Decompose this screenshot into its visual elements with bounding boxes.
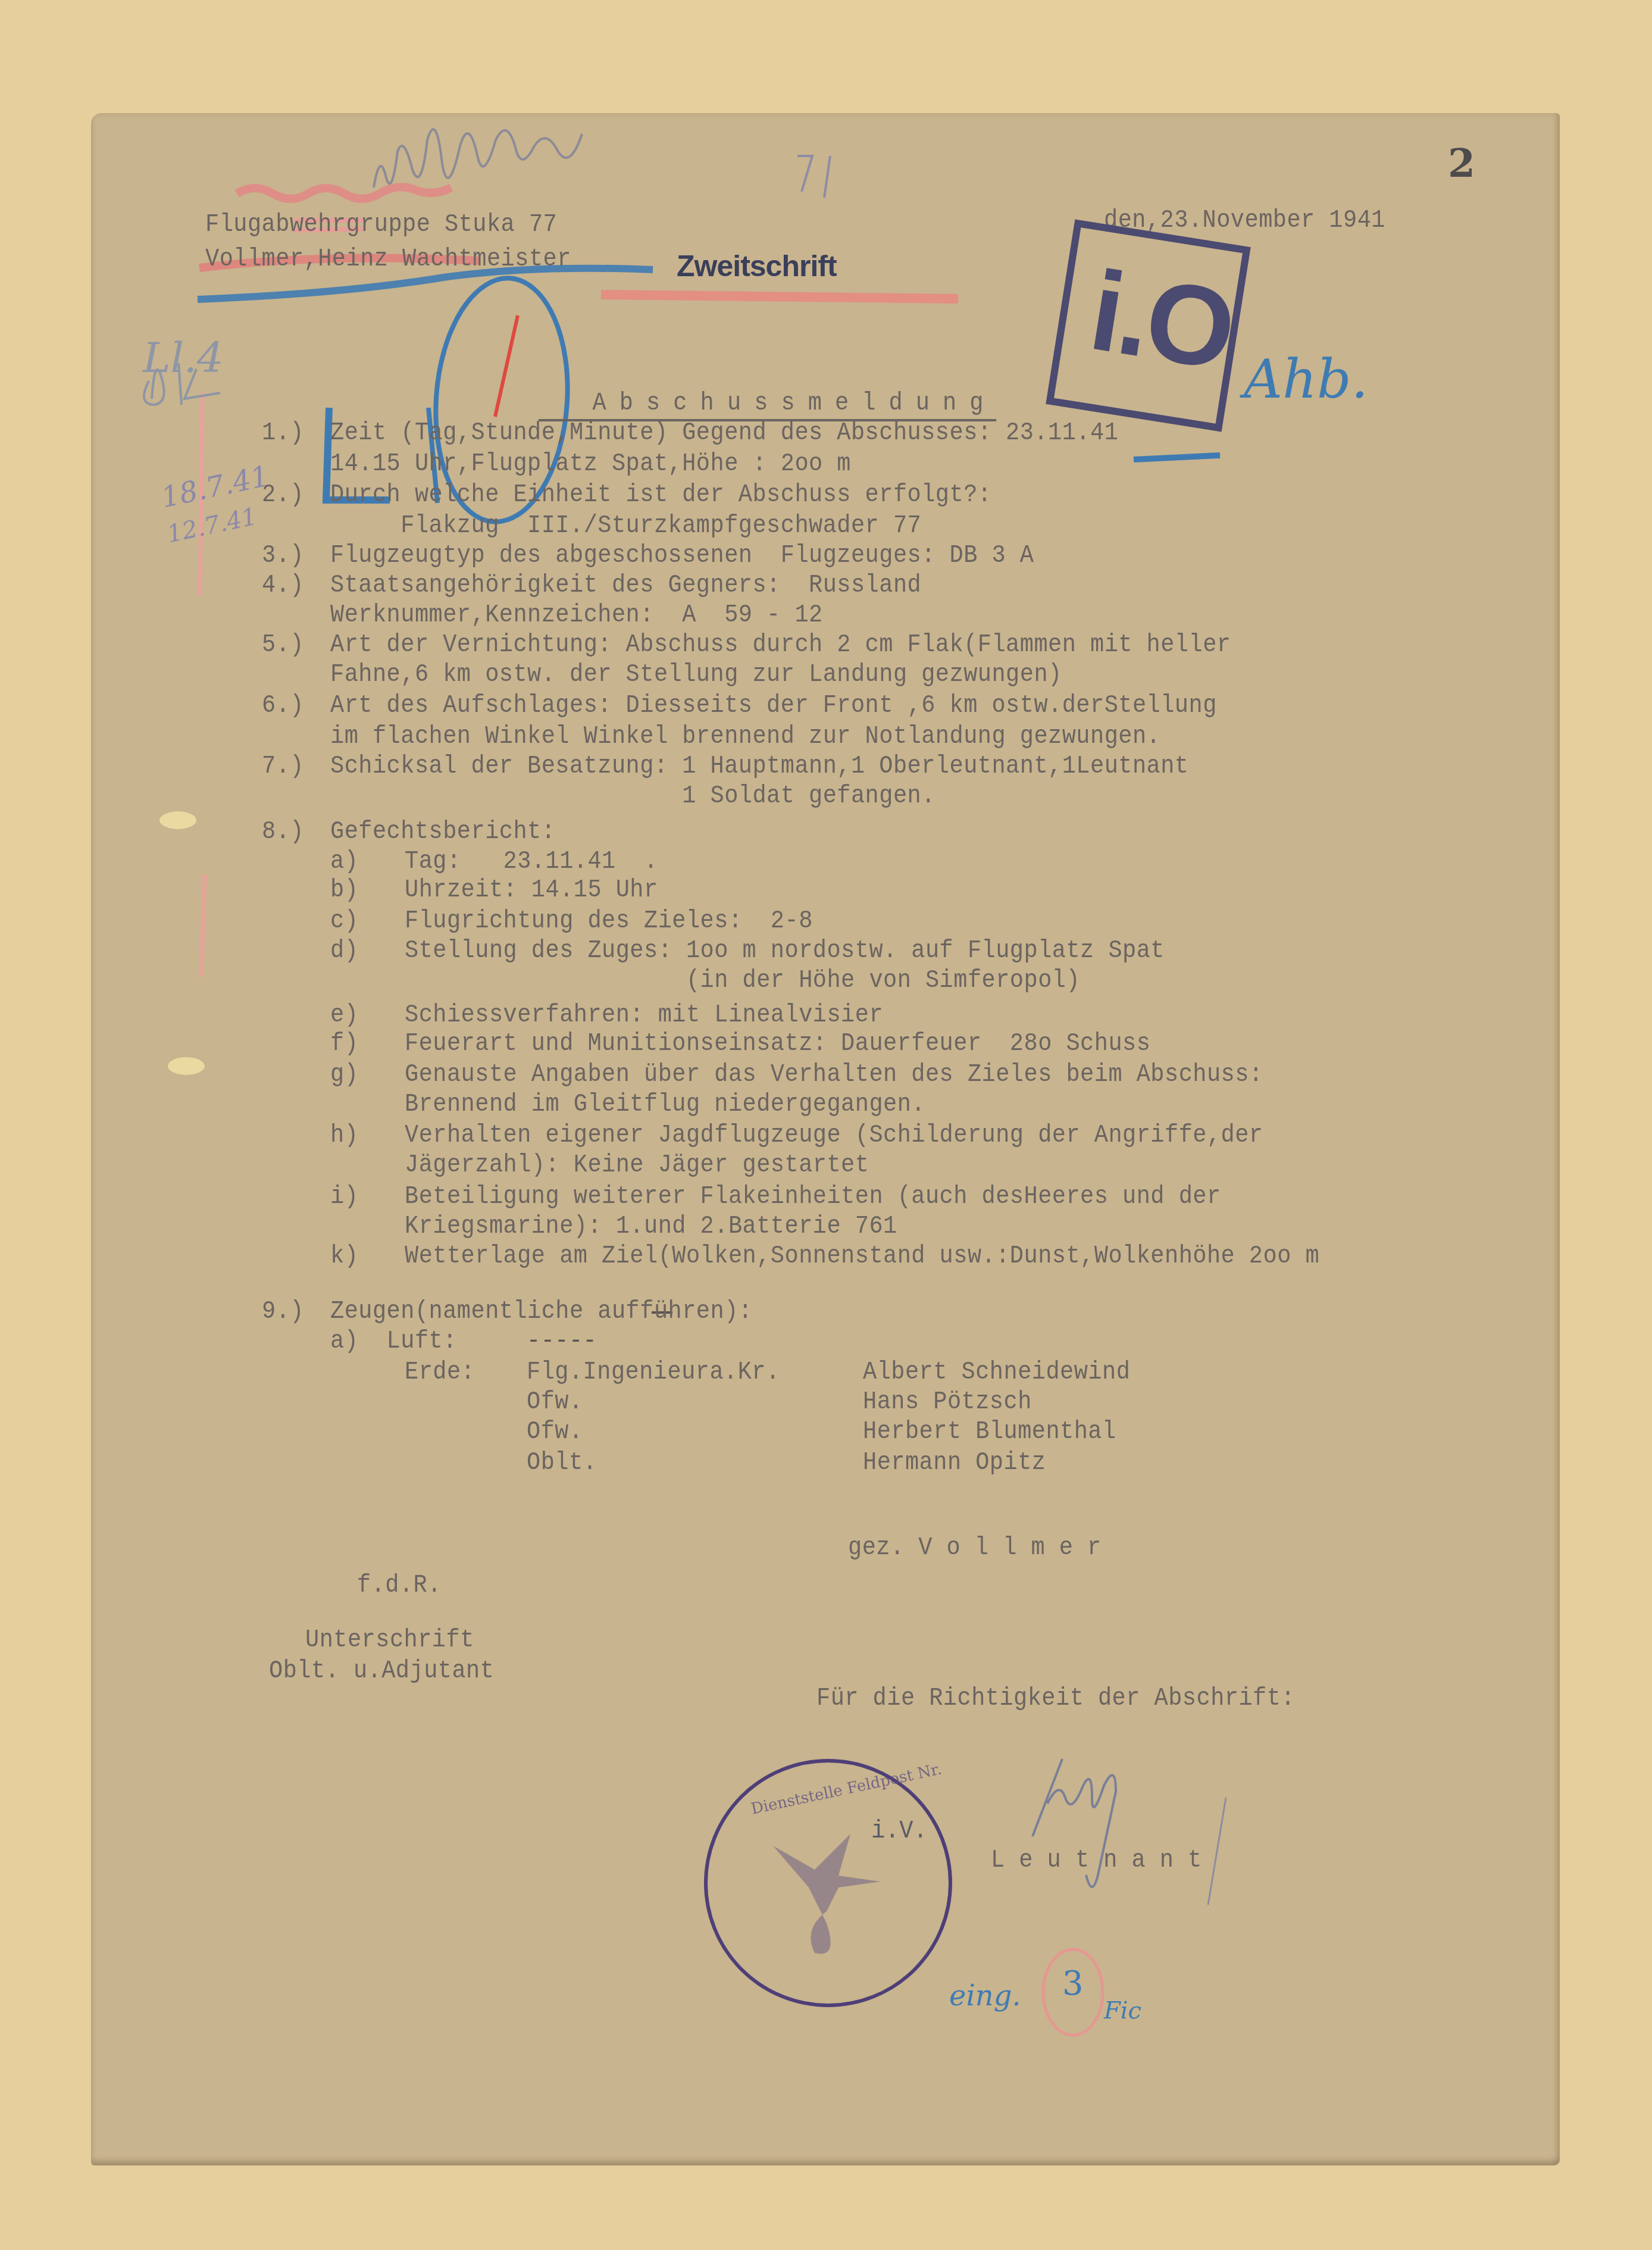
adjutant-label: Oblt. u.Adjutant [269,1656,494,1686]
sub-letter: c) [330,906,358,936]
sub-line: Schiessverfahren: mit Linealvisier [405,1000,883,1030]
item-line: Fahne,6 km ostw. der Stellung zur Landun… [330,660,1062,689]
sub-line: Brennend im Gleitflug niedergegangen. [405,1089,925,1119]
item-number: 1.) [262,418,304,448]
sub-letter: i) [330,1182,358,1211]
sub-line: Feuerart und Munitionseinsatz: Dauerfeue… [405,1029,1150,1058]
item-line: Art des Aufschlages: Diesseits der Front… [330,690,1217,720]
sender-unit: Flugabwehrgruppe Stuka 77 [205,210,557,239]
footer-initials: Fic [1104,1997,1141,2024]
official-round-stamp: Dienststelle Feldpost Nr. i.V. [704,1759,952,2007]
certification-text: Für die Richtigkeit der Abschrift: [816,1683,1295,1713]
zweitschrift-stamp: Zweitschrift [677,249,837,283]
stamp-iv: i.V. [871,1816,928,1846]
page-number: 2 [1448,140,1475,186]
item-line: Schicksal der Besatzung: 1 Hauptmann,1 O… [330,751,1189,781]
item-line: 14.15 Uhr,Flugplatz Spat,Höhe : 2oo m [330,449,851,479]
sub-line: Stellung des Zuges: 1oo m nordostw. auf … [405,936,1165,965]
item-number: 3.) [262,540,304,570]
sub-line: Wetterlage am Ziel(Wolken,Sonnenstand us… [405,1241,1319,1271]
signed-by: gez. V o l l m e r [848,1533,1102,1562]
item-line: Flugzeugtyp des abgeschossenen Flugzeuge… [330,540,1034,570]
item-number: 8.) [262,817,304,846]
sub-letter: b) [330,875,358,905]
section-heading: Gefechtsbericht: [330,817,555,846]
witness-name: Hans Pötzsch [863,1387,1032,1417]
stamp-initials: Ahb. [1244,348,1368,411]
sub-line: Uhrzeit: 14.15 Uhr [405,875,658,905]
item-line: Flakzug III./Sturzkampfgeschwader 77 [330,511,921,540]
witness-name: Hermann Opitz [863,1448,1046,1477]
item-number: 2.) [262,480,304,510]
sub-line: Verhalten eigener Jagdflugzeuge (Schilde… [405,1120,1263,1150]
footer-circled-number: 3 [1062,1964,1084,2003]
sub-line: Beteiligung weiterer Flakeinheiten (auch… [405,1182,1221,1211]
item-line: Durch welche Einheit ist der Abschuss er… [330,480,991,510]
witness-name: Herbert Blumenthal [863,1417,1116,1446]
sub-letter: a) [330,846,358,876]
sub-line: Genauste Angaben über das Verhalten des … [405,1060,1263,1089]
item-number: 9.) [262,1296,304,1326]
sub-line: Flugrichtung des Zieles: 2-8 [405,906,813,936]
item-number: 5.) [262,630,304,660]
unterschrift-label: Unterschrift [305,1625,474,1655]
sub-letter: g) [330,1060,358,1089]
witness-rank: Flg.Ingenieura.Kr. [527,1357,780,1387]
erde-label: Erde: [405,1357,475,1387]
fdr-note: f.d.R. [357,1570,442,1600]
document-title: Abschussmeldung [539,358,997,421]
io-stamp-text: i.O [1082,248,1240,393]
title-text: Abschussmeldung [593,389,997,417]
luft-label: a) Luft: [330,1326,457,1356]
margin-note-1: Ll.4 [143,333,224,382]
sub-letter: k) [330,1241,358,1271]
sender-name: Vollmer,Heinz Wachtmeister [205,244,571,274]
sub-line: Kriegsmarine): 1.und 2.Batterie 761 [405,1211,897,1241]
sub-letter: h) [330,1120,358,1150]
witness-rank: Oblt. [527,1448,597,1477]
signature-rank: L e u t n a n t [991,1845,1202,1875]
section-heading: Zeugen(namentliche aufführen): [330,1296,752,1326]
witness-name: Albert Schneidewind [863,1357,1130,1387]
footer-eing: eing. [949,1979,1021,2012]
item-number: 4.) [262,570,304,600]
item-number: 6.) [262,690,304,720]
sub-line: Jägerzahl): Keine Jäger gestartet [405,1150,869,1180]
luft-value: ----- [527,1326,597,1356]
item-line: im flachen Winkel Winkel brennend zur No… [330,721,1160,751]
sub-letter: d) [330,936,358,965]
item-line: Werknummer,Kennzeichen: A 59 - 12 [330,600,823,630]
item-line: 1 Soldat gefangen. [330,781,935,811]
item-line: Art der Vernichtung: Abschuss durch 2 cm… [330,630,1231,660]
item-number: 7.) [262,751,304,781]
sub-letter: e) [330,1000,358,1030]
item-line: Zeit (Tag,Stunde,Minute) Gegend des Absc… [330,418,1118,448]
witness-rank: Ofw. [527,1387,583,1417]
witness-rank: Ofw. [527,1417,583,1446]
io-stamp: i.O [1046,220,1250,432]
sub-line: (in der Höhe von Simferopol) [405,965,1080,995]
item-line: Staatsangehörigkeit des Gegners: Russlan… [330,570,921,600]
sub-letter: f) [330,1029,358,1058]
sub-line: Tag: 23.11.41 . [405,846,658,876]
